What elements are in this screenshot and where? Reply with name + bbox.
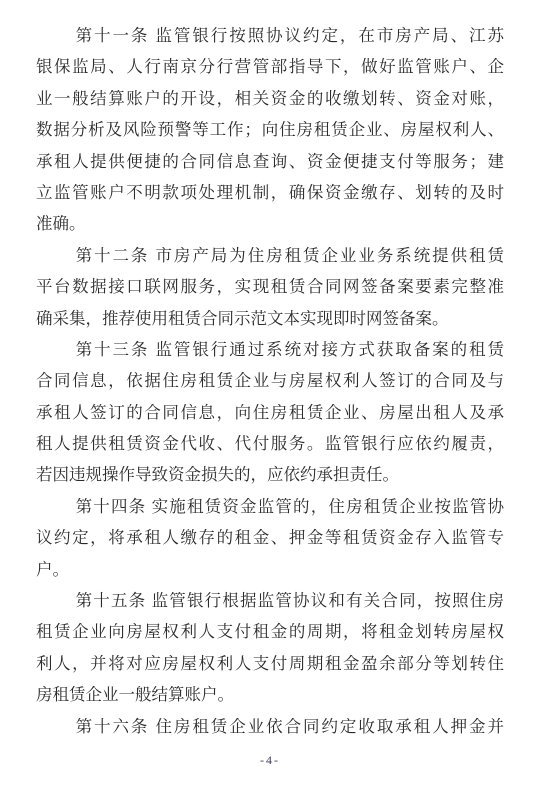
text-line: 第十二条 市房产局为住房租赁企业业务系统提供租赁	[36, 240, 504, 271]
text-line: 第十五条 监管银行根据监管协议和有关合同，按照住房	[36, 585, 504, 616]
text-line: 合同信息，依据住房租赁企业与房屋权利人签订的合同及与	[36, 365, 504, 396]
paragraph-article-16: 第十六条 住房租赁企业依合同约定收取承租人押金并	[36, 711, 504, 742]
document-page: 第十一条 监管银行按照协议约定，在市房产局、江苏银保监局、人行南京分行营管部指导…	[0, 0, 540, 789]
text-line: 确采集，推荐使用租赁合同示范文本实现即时网签备案。	[36, 303, 504, 334]
text-line: 若因违规操作导致资金损失的，应依约承担责任。	[36, 459, 504, 490]
text-line: 承租人签订的合同信息，向住房租赁企业、房屋出租人及承	[36, 397, 504, 428]
paragraph-article-12: 第十二条 市房产局为住房租赁企业业务系统提供租赁平台数据接口联网服务，实现租赁合…	[36, 240, 504, 334]
document-body: 第十一条 监管银行按照协议约定，在市房产局、江苏银保监局、人行南京分行营管部指导…	[36, 20, 504, 742]
paragraph-article-11: 第十一条 监管银行按照协议约定，在市房产局、江苏银保监局、人行南京分行营管部指导…	[36, 20, 504, 240]
text-line: 户。	[36, 554, 504, 585]
text-line: 第十三条 监管银行通过系统对接方式获取备案的租赁	[36, 334, 504, 365]
page-footer: -4-	[0, 753, 540, 768]
page-number: -4-	[260, 753, 280, 767]
text-line: 租赁企业向房屋权利人支付租金的周期，将租金划转房屋权	[36, 616, 504, 647]
text-line: 银保监局、人行南京分行营管部指导下，做好监管账户、企	[36, 51, 504, 82]
text-line: 房租赁企业一般结算账户。	[36, 679, 504, 710]
text-line: 第十一条 监管银行按照协议约定，在市房产局、江苏	[36, 20, 504, 51]
text-line: 利人，并将对应房屋权利人支付周期租金盈余部分等划转住	[36, 648, 504, 679]
text-line: 业一般结算账户的开设，相关资金的收缴划转、资金对账，	[36, 83, 504, 114]
text-line: 议约定，将承租人缴存的租金、押金等租赁资金存入监管专	[36, 522, 504, 553]
paragraph-article-15: 第十五条 监管银行根据监管协议和有关合同，按照住房租赁企业向房屋权利人支付租金的…	[36, 585, 504, 711]
paragraph-article-13: 第十三条 监管银行通过系统对接方式获取备案的租赁合同信息，依据住房租赁企业与房屋…	[36, 334, 504, 491]
text-line: 租人提供租赁资金代收、代付服务。监管银行应依约履责，	[36, 428, 504, 459]
text-line: 第十六条 住房租赁企业依合同约定收取承租人押金并	[36, 711, 504, 742]
paragraph-article-14: 第十四条 实施租赁资金监管的，住房租赁企业按监管协议约定，将承租人缴存的租金、押…	[36, 491, 504, 585]
text-line: 准确。	[36, 208, 504, 239]
text-line: 平台数据接口联网服务，实现租赁合同网签备案要素完整准	[36, 271, 504, 302]
text-line: 承租人提供便捷的合同信息查询、资金便捷支付等服务；建	[36, 146, 504, 177]
text-line: 数据分析及风险预警等工作；向住房租赁企业、房屋权利人、	[36, 114, 504, 145]
text-line: 第十四条 实施租赁资金监管的，住房租赁企业按监管协	[36, 491, 504, 522]
text-line: 立监管账户不明款项处理机制，确保资金缴存、划转的及时	[36, 177, 504, 208]
